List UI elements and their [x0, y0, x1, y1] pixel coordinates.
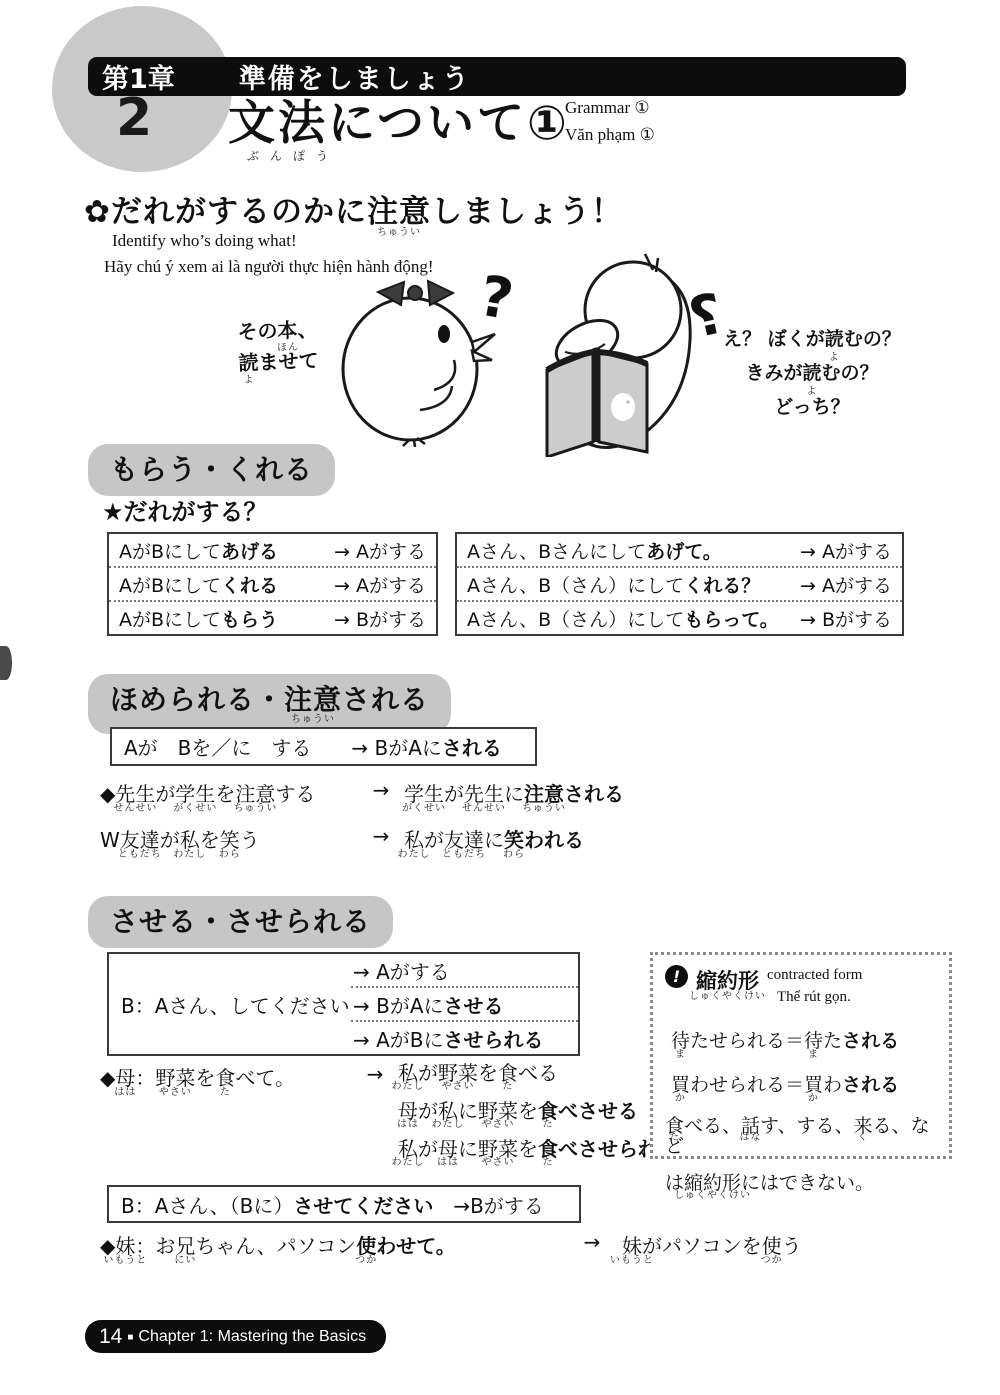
- speech-left-line: その本ほん、: [217, 314, 318, 348]
- speech-right: え？ ぼくが読よむの？ きみが読よむの？ どっち？: [703, 322, 921, 425]
- bullet-icon: ◆: [100, 1066, 115, 1090]
- passive-examples: ◆先生せんせいが学生がくせいを注意ちゅういする → 学生がくせいが先生せんせいに…: [100, 778, 700, 853]
- title-translations: Grammar ① Văn phạm ①: [565, 94, 655, 148]
- section-heading-homerareru: ほめられる・注意ちゅういされる: [88, 674, 451, 734]
- note-text-line: 食たべる、話はなす、する、来くる、など: [665, 1116, 939, 1158]
- causative-result-column: → Aがする → BがAにさせる → AがBにさせられる: [351, 954, 578, 1054]
- note-text-line: は縮約形しゅくやくけいにはできない。: [665, 1173, 939, 1194]
- rule-table-left: AがBにしてあげる → Aがする AがBにしてくれる → Aがする AがBにして…: [107, 532, 438, 636]
- table-row: → BがAにさせる: [351, 986, 578, 1020]
- note-subtitle-english: contracted form: [767, 965, 862, 987]
- table-row: AがBにしてあげる → Aがする: [109, 534, 436, 566]
- table-row: Aさん、B（さん）にしてもらって。 → Bがする: [457, 600, 902, 634]
- flower-icon: ✿: [84, 194, 111, 230]
- rule-table-right: Aさん、Bさんにしてあげて。 → Aがする Aさん、B（さん）にしてくれる？ →…: [455, 532, 904, 636]
- request-rule-box: B：Aさん、（Bに）させてください →Bがする: [107, 1185, 581, 1223]
- example-result: 私わたしが野菜やさいを食たべる: [398, 1062, 678, 1085]
- section-number: 2: [116, 88, 152, 148]
- table-row: Aさん、Bさんにしてあげて。 → Aがする: [457, 534, 902, 566]
- rule-result: → Aがする: [800, 537, 892, 564]
- contracted-form-note-box: ! 縮約形しゅくやくけい contracted form Thể rút gọn…: [650, 952, 952, 1159]
- intro-heading-text: だれがするのかに注意ちゅういしましょう！: [111, 194, 623, 230]
- causative-example: ◆母はは：野菜やさいを食たべて。 → 私わたしが野菜やさいを食たべる 母ははが私…: [100, 1062, 700, 1176]
- contraction-equation: 待またせられる＝待またされる: [671, 1026, 939, 1053]
- example-results: 私わたしが野菜やさいを食たべる 母ははが私わたしに野菜やさいを食たべさせる 私わ…: [398, 1062, 678, 1176]
- example-result: 学生がくせいが先生せんせいに注意ちゅういされる: [404, 778, 700, 807]
- table-row: AがBにしてくれる → Aがする: [109, 566, 436, 600]
- example-row: ◆先生せんせいが学生がくせいを注意ちゅういする → 学生がくせいが先生せんせいに…: [100, 778, 700, 807]
- speech-left: その本ほん、 読よませて: [217, 314, 319, 379]
- star-icon: ★: [102, 498, 124, 526]
- causative-rule-table: B：Aさん、してください → Aがする → BがAにさせる → AがBにさせられ…: [107, 952, 580, 1056]
- rule-result: → Bがする: [800, 605, 892, 632]
- example-result: 私わたしが友達ともだちに笑わらわれる: [404, 824, 700, 853]
- alert-icon: !: [665, 965, 688, 988]
- example-result: 私わたしが母ははに野菜やさいを食たべさせられる: [398, 1138, 678, 1161]
- rule-phrase: Aさん、B（さん）にしてくれる？: [467, 571, 760, 598]
- section-heading-morau-kureru: もらう・くれる: [88, 444, 335, 496]
- example-source: W友達ともだちが私わたしを笑わらう: [100, 824, 358, 853]
- causative-source-cell: B：Aさん、してください: [109, 954, 351, 1054]
- footer-text: Chapter 1: Mastering the Basics: [138, 1328, 366, 1346]
- textbook-page: 第1章 準備をしましょう 2 文法について① ぶんぽう Grammar ① Vă…: [0, 0, 1000, 1395]
- arrow-icon: →: [358, 824, 404, 848]
- speech-left-line: 読よませて: [218, 345, 319, 379]
- example-source: ◆母はは：野菜やさいを食たべて。: [100, 1062, 352, 1091]
- section-heading-saseru: させる・させられる: [88, 896, 393, 948]
- speech-right-line: きみが読よむの？: [703, 356, 921, 390]
- rule-result: → Bがする: [334, 605, 426, 632]
- footer-square-icon: ■: [127, 1332, 133, 1343]
- rule-result: → Aがする: [800, 571, 892, 598]
- table-row: → Aがする: [351, 954, 578, 986]
- note-subtitle-vietnamese: Thể rút gọn.: [767, 987, 862, 1009]
- footer-bar: 14 ■ Chapter 1: Mastering the Basics: [85, 1320, 386, 1353]
- contraction-equation: 買かわせられる＝買かわされる: [671, 1070, 939, 1097]
- page-title-furigana: ぶんぽう: [247, 147, 339, 164]
- table-row: Aさん、B（さん）にしてくれる？ → Aがする: [457, 566, 902, 600]
- passive-rule-box: Aが Bを／に する → BがAに される: [110, 727, 537, 766]
- example-source: ◆妹いもうと：お兄にいちゃん、パソコン使つかわせて。: [100, 1230, 562, 1259]
- example-source: ◆先生せんせいが学生がくせいを注意ちゅういする: [100, 778, 358, 807]
- subtitle-english: Grammar ①: [565, 94, 655, 121]
- example-row: W友達ともだちが私わたしを笑わらう → 私わたしが友達ともだちに笑わらわれる: [100, 824, 700, 853]
- speech-right-line: え？ ぼくが読よむの？: [703, 322, 921, 356]
- example-result: 母ははが私わたしに野菜やさいを食たべさせる: [398, 1100, 678, 1123]
- chick-eye: [438, 325, 450, 343]
- subtitle-vietnamese: Văn phạm ①: [565, 121, 655, 148]
- arrow-icon: →: [358, 778, 404, 802]
- duck-illustration: [495, 252, 700, 457]
- rule-result: → Aがする: [334, 537, 426, 564]
- scan-artifact: [0, 646, 12, 680]
- example-result: 妹いもうとがパソコンを使つかう: [622, 1230, 980, 1259]
- rule-phrase: AがBにしてくれる: [119, 571, 278, 598]
- book-chick-logo: [611, 393, 635, 421]
- open-book: [547, 351, 647, 458]
- request-example: ◆妹いもうと：お兄にいちゃん、パソコン使つかわせて。 → 妹いもうとがパソコンを…: [100, 1230, 980, 1259]
- note-header: ! 縮約形しゅくやくけい contracted form Thể rút gọn…: [665, 965, 939, 1009]
- arrow-icon: →: [562, 1230, 622, 1254]
- subheading-dare-ga-suru: ★だれがする？: [102, 492, 268, 527]
- page-title: 文法について①: [228, 86, 570, 153]
- rule-result: → Aがする: [334, 571, 426, 598]
- rule-phrase: Aさん、Bさんにしてあげて。: [467, 537, 722, 564]
- note-title: 縮約形しゅくやくけい: [696, 965, 759, 995]
- chick-illustration: [322, 272, 497, 447]
- page-number: 14: [99, 1325, 122, 1349]
- table-row: AがBにしてもらう → Bがする: [109, 600, 436, 634]
- table-row: → AがBにさせられる: [351, 1020, 578, 1054]
- rule-phrase: AがBにしてもらう: [119, 605, 278, 632]
- intro-heading: ✿だれがするのかに注意ちゅういしましょう！: [84, 186, 623, 231]
- note-translations: contracted form Thể rút gọn.: [767, 965, 862, 1009]
- rule-phrase: AがBにしてあげる: [119, 537, 278, 564]
- intro-english: Identify who’s doing what!: [112, 231, 297, 251]
- rule-phrase: Aさん、B（さん）にしてもらって。: [467, 605, 779, 632]
